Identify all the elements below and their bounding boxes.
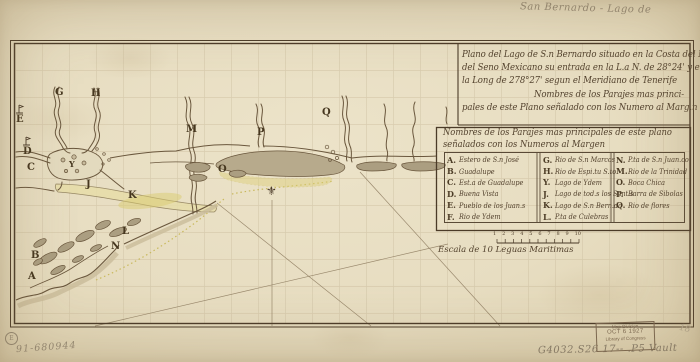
title-block: Plano del Lago de S.n Bernardo situado e… xyxy=(462,49,690,115)
scale-tick: 7 xyxy=(547,231,550,237)
legend-name: Barra de Sibolas xyxy=(628,189,683,198)
legend-entry: M.Rio de la Trinidad xyxy=(616,165,697,176)
legend-key: D. xyxy=(447,189,459,199)
scale-tick: 4 xyxy=(520,231,523,237)
legend-key: H. xyxy=(543,166,555,176)
legend-name: Buena Vista xyxy=(459,189,498,198)
legend-entry: A.Estero de S.n José xyxy=(447,154,534,165)
legend-key: L. xyxy=(543,212,555,222)
map-label-O: O xyxy=(218,164,227,175)
legend-column-1: A.Estero de S.n José B.Guadalupe C.Est.a… xyxy=(447,154,534,222)
legend-entry: C.Est.a de Guadalupe xyxy=(447,177,534,188)
map-label-L: L xyxy=(122,226,129,237)
legend-key: Y. xyxy=(543,177,555,187)
map-label-H: H xyxy=(91,88,100,99)
legend-name: Lago de S.n Bern.do xyxy=(555,201,622,210)
legend-entry: L.P.ta de Culebras xyxy=(543,211,644,222)
legend-name: Rio de S.n Marcos xyxy=(555,155,615,164)
legend-key: J. xyxy=(543,189,555,199)
scale-tick: 3 xyxy=(511,231,514,237)
legend-name: Rio de Ydem xyxy=(459,212,501,221)
stamp-line: Library of Congress xyxy=(597,335,654,342)
scale-bar-ticks: 1 2 3 4 5 6 7 8 9 10 xyxy=(493,231,581,237)
legend-entry: B.Guadalupe xyxy=(447,165,534,176)
legend-entry: O.Boca Chica xyxy=(616,177,697,188)
scale-tick: 6 xyxy=(538,231,541,237)
legend-name: Estero de S.n José xyxy=(459,155,519,164)
scale-tick: 2 xyxy=(502,231,505,237)
scale-tick: 9 xyxy=(566,231,569,237)
map-label-P: P xyxy=(257,127,265,138)
title-line: pales de este Plano señalado con los Num… xyxy=(462,102,683,115)
legend-key: N. xyxy=(616,155,628,165)
title-line: del Seno Mexicano su entrada en la L.a N… xyxy=(462,62,683,75)
map-label-C: C xyxy=(27,162,35,173)
title-line: la Long de 278°27' segun el Meridiano de… xyxy=(462,75,683,88)
legend-column-3: N.P.ta de S.n Juan.co M.Rio de la Trinid… xyxy=(616,154,697,211)
legend-name: Boca Chica xyxy=(628,178,665,187)
legend-key: F. xyxy=(447,212,459,222)
legend-key: E. xyxy=(447,200,459,210)
title-line: Plano del Lago de S.n Bernardo situado e… xyxy=(462,49,683,62)
legend-key: O. xyxy=(616,177,628,187)
compass-fleur-icon: ⚜ xyxy=(266,184,277,198)
map-label-K: K xyxy=(128,190,137,201)
legend-entry: Q.Rio de flores xyxy=(616,200,697,211)
legend-header-line: señalados con los Numeros al Margen xyxy=(443,140,672,152)
legend-name: Rio de la Trinidad xyxy=(628,167,687,176)
legend-name: Rio de Espi.tu S.to xyxy=(555,167,616,176)
legend-key: A. xyxy=(447,155,459,165)
legend-name: Lago de Ydem xyxy=(555,178,602,187)
legend-entry: D.Buena Vista xyxy=(447,188,534,199)
map-label-Q: Q xyxy=(322,107,331,118)
legend-entry: P.Barra de Sibolas xyxy=(616,188,697,199)
map-label-B: B xyxy=(31,250,39,261)
legend-key: C. xyxy=(447,177,459,187)
title-line: Nombres de los Parajes mas princi- xyxy=(534,89,685,102)
pencil-faint-number: 18 xyxy=(678,323,691,335)
scale-tick: 10 xyxy=(575,231,581,237)
map-label-J: J xyxy=(86,179,91,190)
legend-key: B. xyxy=(447,166,459,176)
legend-entry: E.Pueblo de los Juan.s xyxy=(447,200,534,211)
map-label-E: E xyxy=(16,114,24,125)
legend-entry: F.Rio de Ydem xyxy=(447,211,534,222)
legend-name: Pueblo de los Juan.s xyxy=(459,201,525,210)
legend-name: P.ta de S.n Juan.co xyxy=(628,155,689,164)
map-label-N: N xyxy=(111,241,120,252)
scale-tick: 5 xyxy=(529,231,532,237)
library-stamp: Map Division OCT 6 1927 Library of Congr… xyxy=(596,321,656,352)
scale-tick: 1 xyxy=(493,231,496,237)
legend-key: Q. xyxy=(616,200,628,210)
legend-key: P. xyxy=(616,189,628,199)
map-label-Y: Y xyxy=(69,159,75,169)
legend-name: Guadalupe xyxy=(459,167,495,176)
map-label-G: G xyxy=(55,87,64,98)
map-label-A: A xyxy=(28,271,36,282)
legend-key: M. xyxy=(616,166,628,176)
legend-key: K. xyxy=(543,200,555,210)
legend-entry: N.P.ta de S.n Juan.co xyxy=(616,154,697,165)
scale-tick: 8 xyxy=(556,231,559,237)
map-sheet: San Bernardo - Lago de Plano del Lago de… xyxy=(0,0,700,362)
legend-key: G. xyxy=(543,155,555,165)
scale-label: Escala de 10 Leguas Maritimas xyxy=(438,245,573,255)
legend-header: Nombres de los Parajes mas principales d… xyxy=(443,128,684,151)
legend-name: Est.a de Guadalupe xyxy=(459,178,523,187)
map-label-D: D xyxy=(23,146,32,157)
legend-header-line: Nombres de los Parajes mas principales d… xyxy=(443,128,672,140)
legend-name: Rio de flores xyxy=(628,201,670,210)
legend-name: P.ta de Culebras xyxy=(555,212,608,221)
map-label-M: M xyxy=(186,124,197,135)
